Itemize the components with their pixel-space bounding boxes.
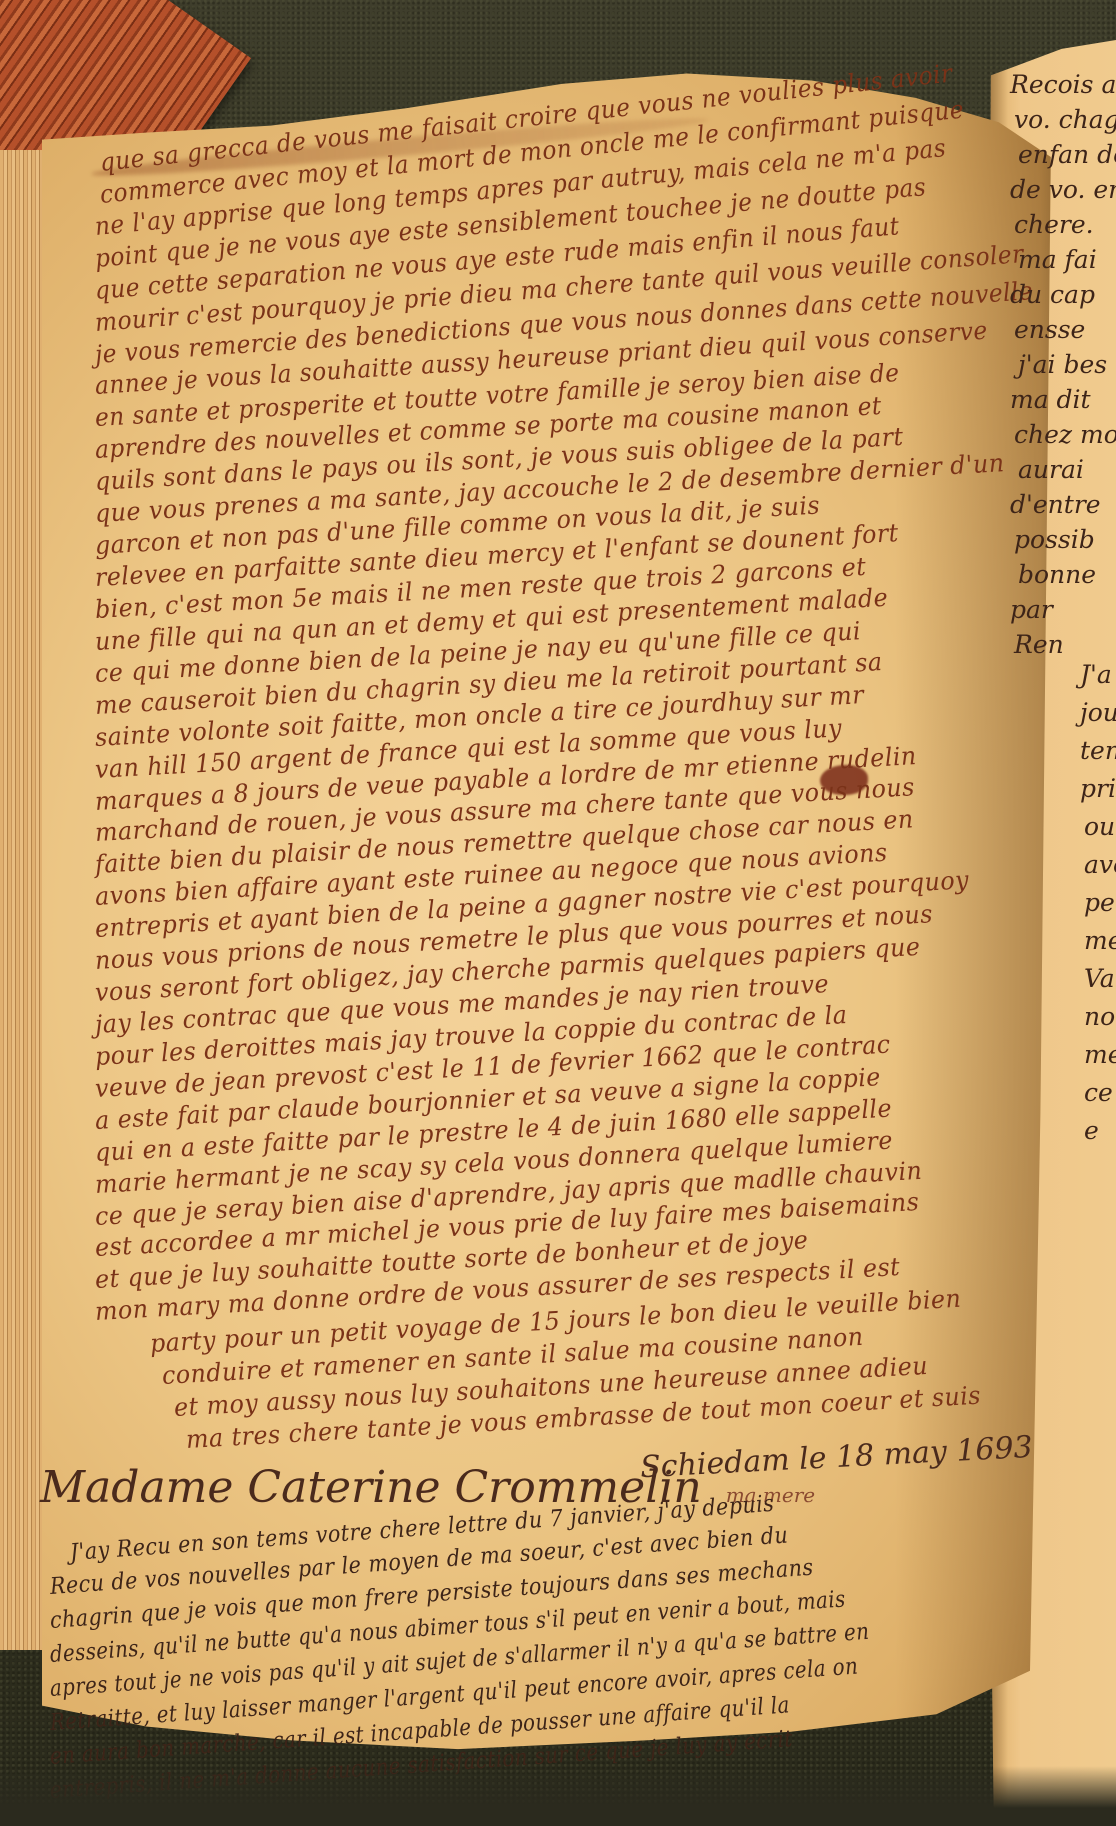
right-page-line: aurai [1018,455,1084,484]
bottom-shadow [0,1766,1116,1826]
right-page-line: ten [1080,736,1116,765]
right-page-line: bonne [1018,560,1096,589]
right-page-line: j'ai bes [1018,350,1107,379]
right-page-line: ave [1084,850,1116,879]
right-page-line: me [1084,1040,1116,1069]
right-page-line: Va [1084,964,1115,993]
right-page-line: Ren [1014,630,1064,659]
right-page-line: ou [1084,812,1115,841]
right-page-line: prie [1080,774,1116,803]
right-page-line: vo. chag [1014,105,1116,134]
right-page-line: e [1084,1116,1099,1145]
right-page-line: pen [1084,888,1116,917]
right-page-line: par [1010,595,1053,624]
right-page-line: du cap [1010,280,1095,309]
right-page-line: de vo. en [1010,175,1116,204]
right-page-line: ensse [1014,315,1085,344]
right-page-line: enfan do [1018,140,1116,169]
right-page-line: possib [1014,525,1095,554]
right-page-line: ce [1084,1078,1113,1107]
right-page-line: J'a [1080,660,1112,689]
right-page-line: ma dit [1010,385,1091,414]
right-page-line: ma fai [1018,245,1097,274]
right-page-line: me [1084,926,1116,955]
right-page-line: d'entre [1010,490,1101,519]
right-page-line: chere. [1014,210,1094,239]
right-page-line: no [1084,1002,1115,1031]
right-page-line: chez mo [1014,420,1116,449]
right-page-line: jou [1080,698,1116,727]
right-page-line: Recois a [1010,70,1116,99]
